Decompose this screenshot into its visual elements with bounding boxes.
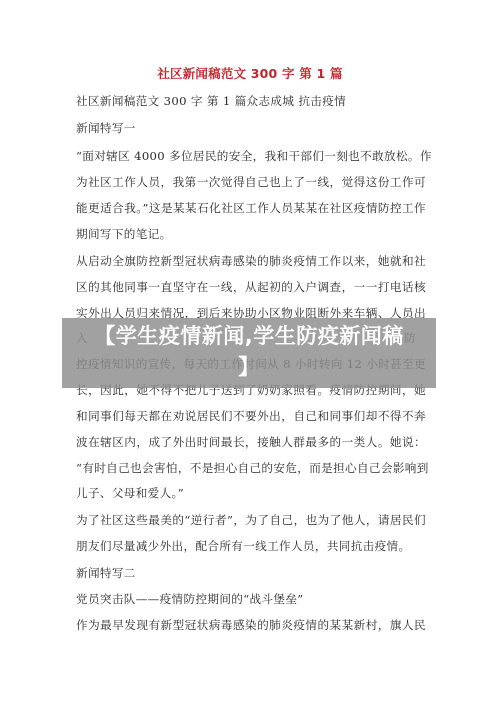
document-subtitle: 社区新闻稿范文 300 字 第 1 篇众志成城 抗击疫情 [76,94,426,108]
paragraph-2-line: 儿子、父母和爱人。” [76,486,426,500]
banner-title-line-1: 【学生疫情新闻,学生防疫新闻稿 [62,321,436,352]
document-page: 社区新闻稿范文 300 字 第 1 篇 社区新闻稿范文 300 字 第 1 篇众… [0,0,500,706]
section-heading-2: 新闻特写二 [76,566,426,580]
paragraph-1-line: 为社区工作人员，我第一次觉得自己也上了一线，觉得这份工作可 [76,175,426,189]
section-heading-1: 新闻特写一 [76,121,426,135]
paragraph-3-line: 为了社区这些最美的“逆行者”，为了自己，也为了他人，请居民们 [76,513,426,527]
paragraph-2-line: 区的其他同事一直坚守在一线，从起初的入户调查，一一打电话核 [76,280,426,294]
paragraph-2-line: “有时自己也会害怕，不是担心自己的安危，而是担心自己会影响到 [76,461,426,475]
paragraph-2-line: 和同事们每天都在劝说居民们不要外出，自己和同事们却不得不奔 [76,409,426,423]
banner-title-line-2: 】 [62,352,436,383]
paragraph-4-line: 作为最早发现有新型冠状病毒感染的肺炎疫情的某某新村，旗人民 [76,618,426,632]
paragraph-3-line: 朋友们尽量减少外出，配合所有一线工作人员，共同抗击疫情。 [76,539,426,553]
paragraph-2-line: 波在辖区内，成了外出时间最长，接触人群最多的一类人。她说： [76,435,426,449]
title-banner-overlay: 【学生疫情新闻,学生防疫新闻稿 】 [62,318,436,388]
banner-title: 【学生疫情新闻,学生防疫新闻稿 】 [62,321,436,383]
paragraph-1-line: 能更适合我。”这是某某石化社区工作人员某某在社区疫情防控工作 [76,201,426,215]
paragraph-1-line: “面对辖区 4000 多位居民的安全，我和干部们一刻也不敢放松。作 [76,149,426,163]
paragraph-1-line: 期间写下的笔记。 [76,227,426,241]
section-2-subtitle: 党员突击队——疫情防控期间的“战斗堡垒” [76,592,426,606]
document-title: 社区新闻稿范文 300 字 第 1 篇 [0,64,500,82]
paragraph-2-line: 从启动全旗防控新型冠状病毒感染的肺炎疫情工作以来，她就和社 [76,254,426,268]
